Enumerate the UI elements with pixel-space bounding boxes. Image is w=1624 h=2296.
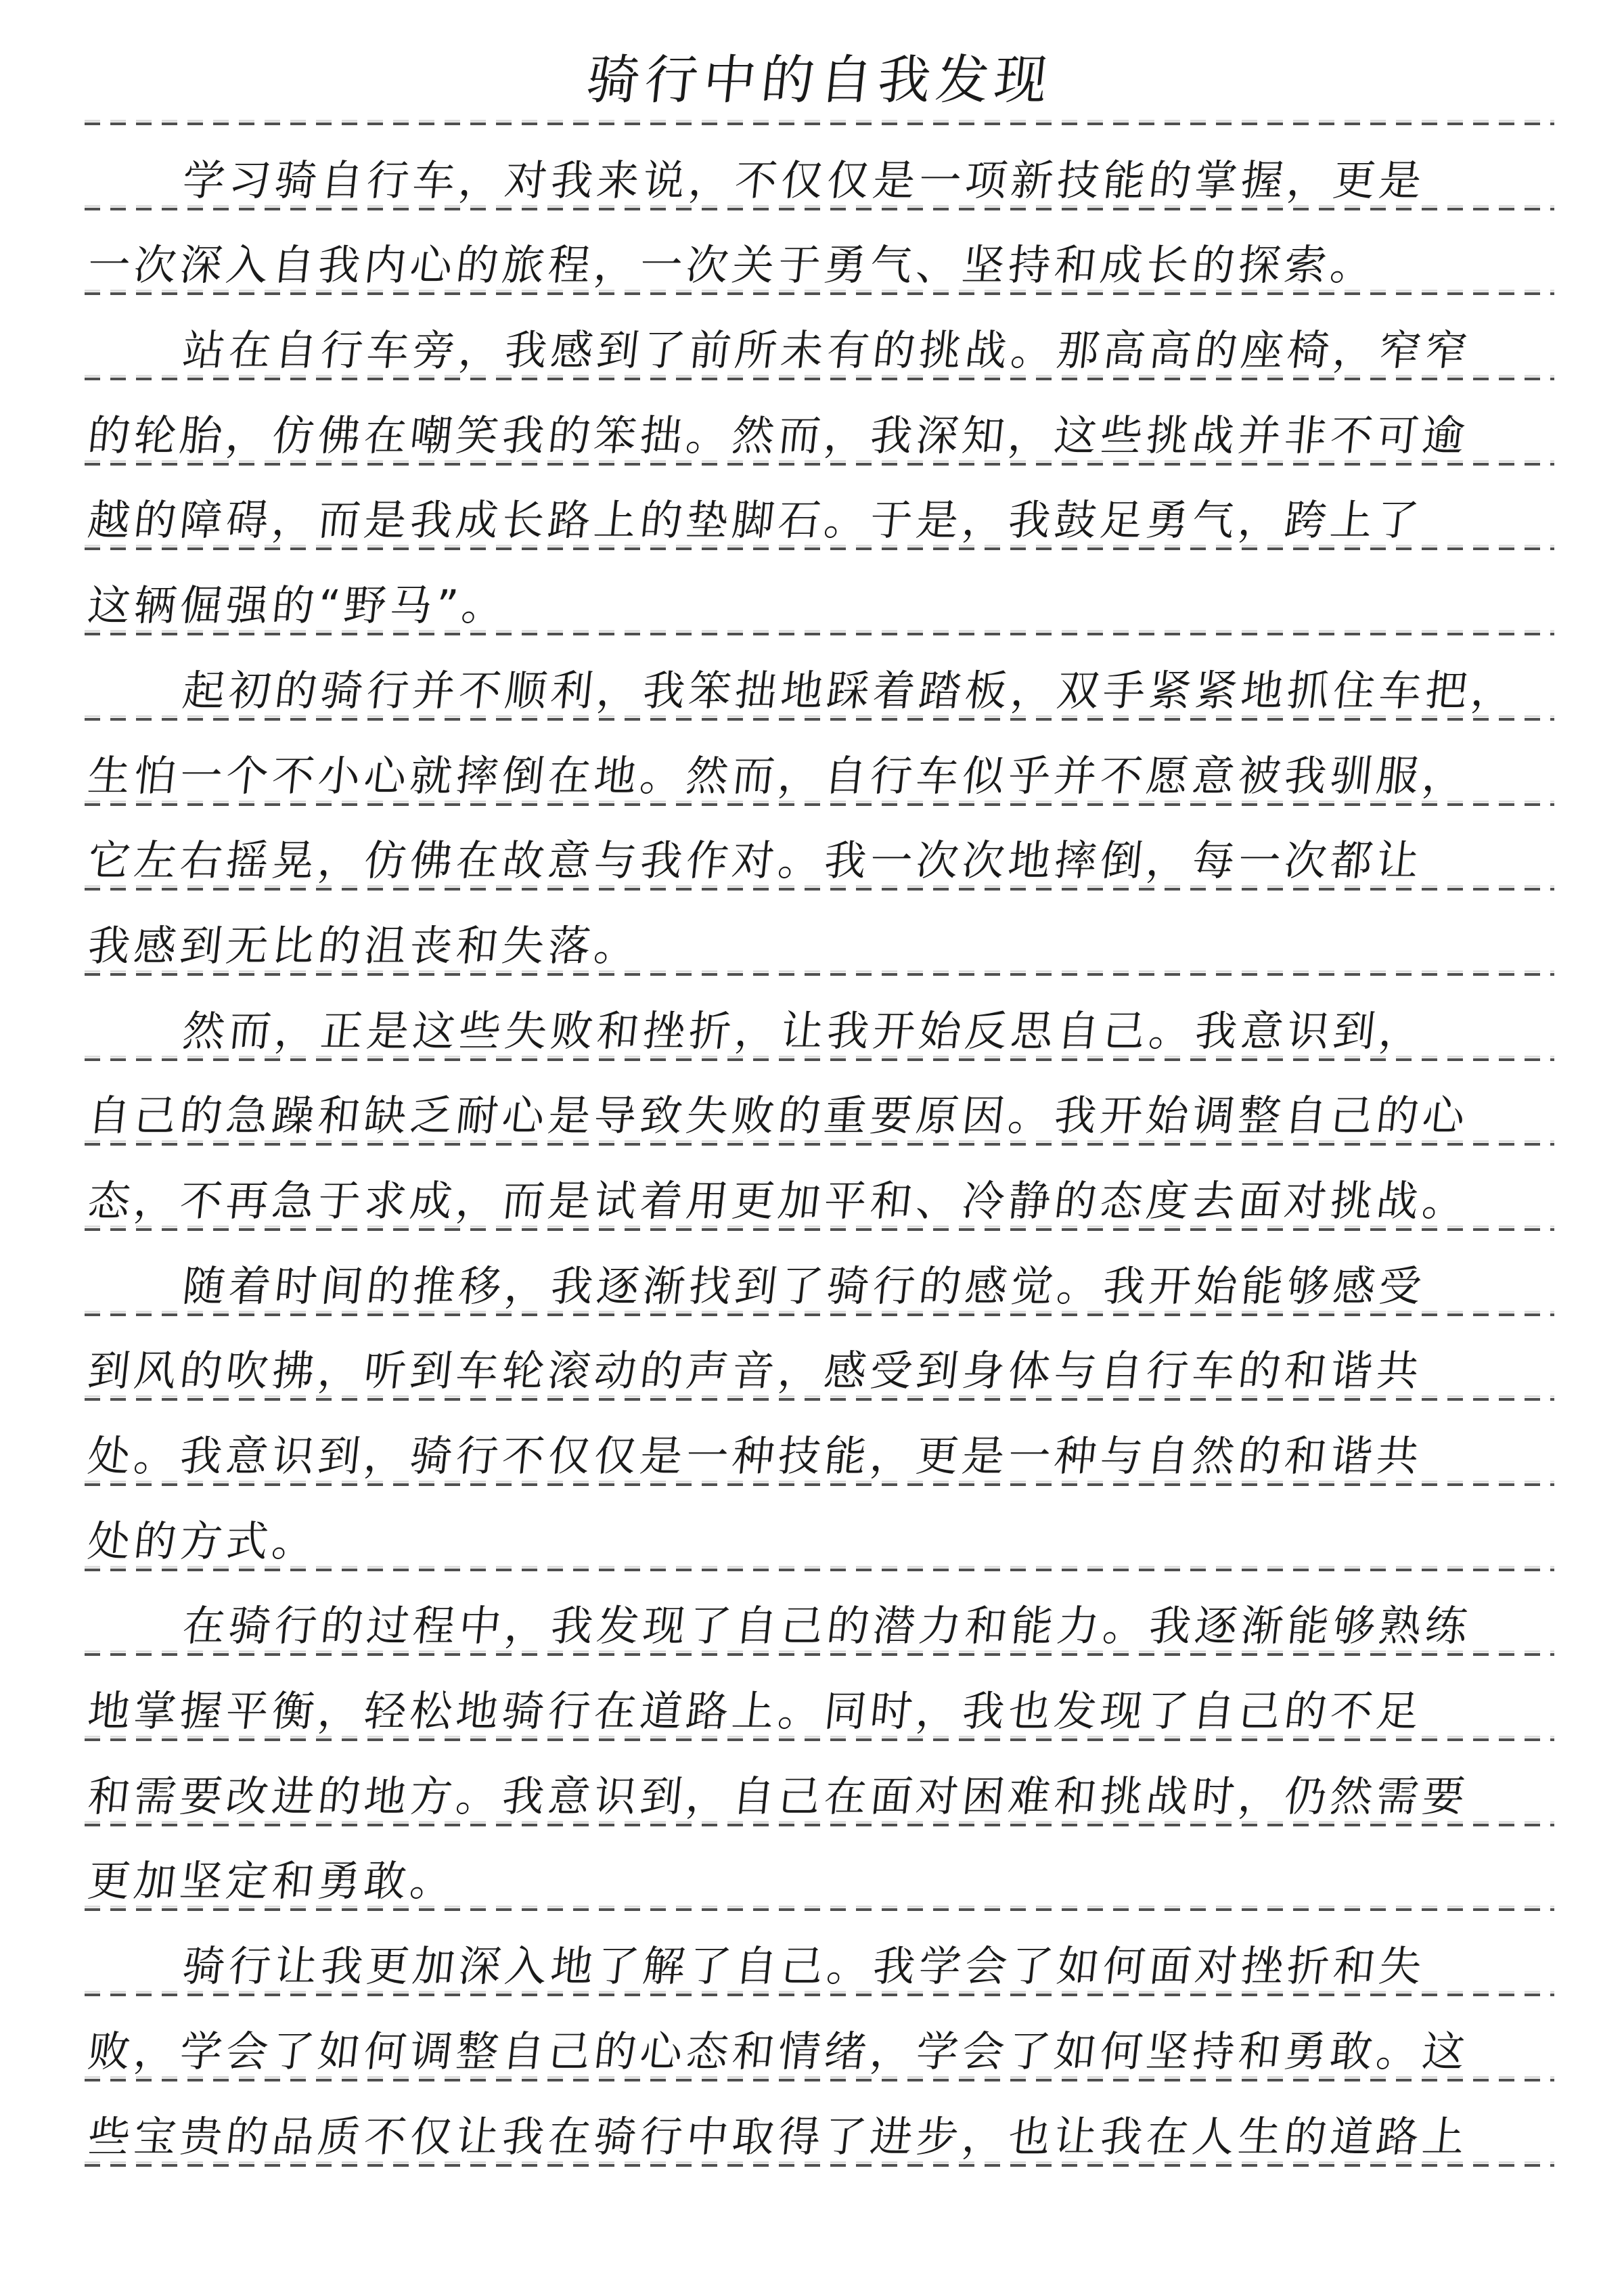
essay-line: 学习骑自行车，对我来说，不仅仅是一项新技能的掌握，更是 bbox=[85, 126, 1554, 211]
ruled-line bbox=[85, 375, 1554, 381]
essay-line: 败，学会了如何调整自己的心态和情绪，学会了如何坚持和勇敢。这 bbox=[85, 1997, 1554, 2082]
ruled-line bbox=[85, 1395, 1554, 1401]
ruled-line bbox=[85, 2161, 1554, 2167]
ruled-line bbox=[85, 460, 1554, 466]
essay-line: 它左右摇晃，仿佛在故意与我作对。我一次次地摔倒，每一次都让 bbox=[85, 807, 1554, 892]
essay-line: 态，不再急于求成，而是试着用更加平和、冷静的态度去面对挑战。 bbox=[85, 1146, 1554, 1232]
ruled-line bbox=[85, 1481, 1554, 1487]
ruled-line bbox=[85, 1225, 1554, 1232]
ruled-line bbox=[85, 1140, 1554, 1146]
ruled-line bbox=[85, 1736, 1554, 1742]
essay-line: 更加坚定和勇敢。 bbox=[85, 1827, 1554, 1912]
essay-line-text: 在骑行的过程中，我发现了自己的潜力和能力。我逐渐能够熟练 bbox=[181, 1605, 1474, 1647]
essay-line-text: 骑行让我更加深入地了解了自己。我学会了如何面对挫折和失 bbox=[181, 1945, 1428, 1987]
essay-line: 和需要改进的地方。我意识到，自己在面对困难和挑战时，仍然需要 bbox=[85, 1742, 1554, 1827]
essay-line-text: 的轮胎，仿佛在嘲笑我的笨拙。然而，我深知，这些挑战并非不可逾 bbox=[86, 415, 1471, 457]
essay-line-text: 地掌握平衡，轻松地骑行在道路上。同时，我也发现了自己的不足 bbox=[86, 1690, 1425, 1732]
ruled-line bbox=[85, 970, 1554, 976]
essay-line-text: 它左右摇晃，仿佛在故意与我作对。我一次次地摔倒，每一次都让 bbox=[86, 840, 1425, 882]
ruled-line bbox=[85, 630, 1554, 636]
essay-page: 骑行中的自我发现 学习骑自行车，对我来说，不仅仅是一项新技能的掌握，更是一次深入… bbox=[0, 0, 1624, 2296]
ruled-line bbox=[85, 2076, 1554, 2082]
essay-line: 越的障碍，而是我成长路上的垫脚石。于是，我鼓足勇气，跨上了 bbox=[85, 466, 1554, 552]
essay-lines: 学习骑自行车，对我来说，不仅仅是一项新技能的掌握，更是一次深入自我内心的旅程，一… bbox=[85, 126, 1554, 2167]
ruled-line bbox=[85, 715, 1554, 721]
essay-line-text: 更加坚定和勇敢。 bbox=[86, 1860, 459, 1902]
essay-line-text: 些宝贵的品质不仅让我在骑行中取得了进步，也让我在人生的道路上 bbox=[86, 2116, 1471, 2158]
ruled-line bbox=[85, 290, 1554, 296]
essay-line-text: 败，学会了如何调整自己的心态和情绪，学会了如何坚持和勇敢。这 bbox=[86, 2031, 1471, 2073]
essay-line: 生怕一个不小心就摔倒在地。然而，自行车似乎并不愿意被我驯服， bbox=[85, 721, 1554, 807]
essay-line: 站在自行车旁，我感到了前所未有的挑战。那高高的座椅，窄窄 bbox=[85, 296, 1554, 381]
ruled-line bbox=[85, 1821, 1554, 1827]
essay-line: 我感到无比的沮丧和失落。 bbox=[85, 891, 1554, 976]
essay-line-text: 态，不再急于求成，而是试着用更加平和、冷静的态度去面对挑战。 bbox=[86, 1180, 1471, 1222]
essay-line: 一次深入自我内心的旅程，一次关于勇气、坚持和成长的探索。 bbox=[85, 211, 1554, 296]
essay-line-text: 自己的急躁和缺乏耐心是导致失败的重要原因。我开始调整自己的心 bbox=[86, 1095, 1471, 1137]
essay-line-text: 起初的骑行并不顺利，我笨拙地踩着踏板，双手紧紧地抓住车把， bbox=[181, 670, 1520, 712]
essay-line: 处的方式。 bbox=[85, 1487, 1554, 1572]
essay-line-text: 我感到无比的沮丧和失落。 bbox=[86, 925, 643, 967]
essay-line-text: 站在自行车旁，我感到了前所未有的挑战。那高高的座椅，窄窄 bbox=[181, 330, 1474, 372]
essay-line: 起初的骑行并不顺利，我笨拙地踩着踏板，双手紧紧地抓住车把， bbox=[85, 636, 1554, 721]
essay-line-text: 处的方式。 bbox=[86, 1521, 321, 1562]
ruled-line bbox=[85, 1650, 1554, 1657]
essay-line-text: 一次深入自我内心的旅程，一次关于勇气、坚持和成长的探索。 bbox=[86, 244, 1379, 286]
essay-line-text: 到风的吹拂，听到车轮滚动的声音，感受到身体与自行车的和谐共 bbox=[86, 1350, 1425, 1392]
essay-line-text: 越的障碍，而是我成长路上的垫脚石。于是，我鼓足勇气，跨上了 bbox=[86, 499, 1425, 541]
essay-line: 随着时间的推移，我逐渐找到了骑行的感觉。我开始能够感受 bbox=[85, 1232, 1554, 1317]
essay-line-text: 然而，正是这些失败和挫折，让我开始反思自己。我意识到， bbox=[181, 1010, 1428, 1052]
essay-line: 地掌握平衡，轻松地骑行在道路上。同时，我也发现了自己的不足 bbox=[85, 1657, 1554, 1742]
ruled-line bbox=[85, 801, 1554, 807]
essay-line: 这辆倔强的“野马”。 bbox=[85, 551, 1554, 636]
essay-line-text: 这辆倔强的“野马”。 bbox=[86, 585, 510, 627]
ruled-line bbox=[85, 1056, 1554, 1062]
essay-line: 在骑行的过程中，我发现了自己的潜力和能力。我逐渐能够熟练 bbox=[85, 1572, 1554, 1657]
ruled-sheet: 骑行中的自我发现 学习骑自行车，对我来说，不仅仅是一项新技能的掌握，更是一次深入… bbox=[85, 0, 1554, 2167]
ruled-line bbox=[85, 1991, 1554, 1997]
essay-line: 的轮胎，仿佛在嘲笑我的笨拙。然而，我深知，这些挑战并非不可逾 bbox=[85, 381, 1554, 466]
ruled-line bbox=[85, 1906, 1554, 1912]
essay-line: 然而，正是这些失败和挫折，让我开始反思自己。我意识到， bbox=[85, 976, 1554, 1062]
ruled-line bbox=[85, 545, 1554, 551]
essay-line: 处。我意识到，骑行不仅仅是一种技能，更是一种与自然的和谐共 bbox=[85, 1401, 1554, 1487]
ruled-line bbox=[85, 120, 1554, 126]
title-row: 骑行中的自我发现 bbox=[85, 0, 1554, 126]
essay-title: 骑行中的自我发现 bbox=[582, 38, 1057, 126]
ruled-line bbox=[85, 1311, 1554, 1317]
essay-line-text: 随着时间的推移，我逐渐找到了骑行的感觉。我开始能够感受 bbox=[181, 1265, 1428, 1307]
essay-line: 骑行让我更加深入地了解了自己。我学会了如何面对挫折和失 bbox=[85, 1912, 1554, 1997]
ruled-line bbox=[85, 205, 1554, 211]
essay-line-text: 处。我意识到，骑行不仅仅是一种技能，更是一种与自然的和谐共 bbox=[86, 1435, 1425, 1477]
essay-line: 到风的吹拂，听到车轮滚动的声音，感受到身体与自行车的和谐共 bbox=[85, 1317, 1554, 1402]
essay-line-text: 和需要改进的地方。我意识到，自己在面对困难和挑战时，仍然需要 bbox=[86, 1776, 1471, 1818]
essay-line-text: 生怕一个不小心就摔倒在地。然而，自行车似乎并不愿意被我驯服， bbox=[86, 755, 1471, 797]
ruled-line bbox=[85, 1566, 1554, 1572]
essay-line: 自己的急躁和缺乏耐心是导致失败的重要原因。我开始调整自己的心 bbox=[85, 1062, 1554, 1147]
ruled-line bbox=[85, 885, 1554, 891]
essay-line: 些宝贵的品质不仅让我在骑行中取得了进步，也让我在人生的道路上 bbox=[85, 2082, 1554, 2167]
essay-line-text: 学习骑自行车，对我来说，不仅仅是一项新技能的掌握，更是 bbox=[181, 160, 1428, 202]
